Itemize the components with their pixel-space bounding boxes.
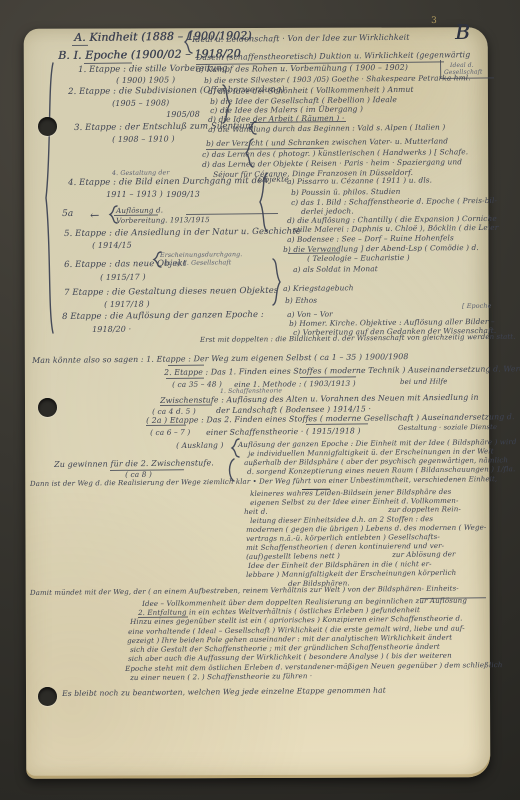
manuscript-line: derlei jedoch. xyxy=(301,207,354,215)
manuscript-line: 7 Etappe : die Gestaltung dieses neuen O… xyxy=(64,287,278,298)
manuscript-line: d) das Lernen der Objekte ( Reisen · Par… xyxy=(202,158,462,168)
manuscript-line: Zwischenstufe : Auflösung des Alten u. V… xyxy=(160,394,479,405)
manuscript-line: zur doppelten Rein- xyxy=(388,505,461,513)
manuscript-line: lebbare ) Mannigfaltigkeit der Erscheinu… xyxy=(246,569,456,578)
manuscript-line: stille Malerei : Daphnis u. Chloë ), Böc… xyxy=(293,224,498,234)
manuscript-line: zur Ablösung der xyxy=(392,550,456,558)
manuscript-line: a) Pissarro u. Cézanne ( 1911 ) u. dls. xyxy=(287,176,432,185)
manuscript-line: 1918/20 · xyxy=(92,326,131,334)
manuscript-line: ( 1900) 1905 ) xyxy=(116,76,175,85)
underline-stroke xyxy=(72,45,88,46)
manuscript-content: 3 B A. Kindheit (1888 – 1900/1902)Ideal … xyxy=(0,0,520,800)
photograph-background: { "page": { "marker": "B", "page_number"… xyxy=(0,0,520,800)
manuscript-line: ( 1915/17 ) xyxy=(100,274,146,282)
underline-stroke xyxy=(186,213,278,215)
manuscript-line: b) die erste Silvester ( 1903 /05) Goeth… xyxy=(204,74,471,84)
manuscript-line: Zu gewinnen für die 2. Zwischenstufe. xyxy=(54,459,214,469)
manuscript-line: zu einer neuen ( 2. ) Schaffenstheorie z… xyxy=(130,672,312,681)
manuscript-line: a) die Idee der Schönheit ( Vollkommenhe… xyxy=(208,86,414,96)
manuscript-line: ( 1917/18 ) xyxy=(104,301,150,309)
manuscript-line: [ Epoche xyxy=(462,303,491,310)
brace-decoration xyxy=(44,62,54,334)
underline-stroke xyxy=(168,365,204,366)
manuscript-line: 1905/08 xyxy=(166,111,200,119)
margin-bracket-line xyxy=(440,60,441,78)
manuscript-line: Epoche steht mit dem östlichen Erleben d… xyxy=(125,661,503,672)
manuscript-line: a) als Soldat in Monat xyxy=(293,265,378,273)
manuscript-line: 8 Etappe : die Auflösung der ganzen Epoc… xyxy=(62,311,264,322)
manuscript-line: 5a xyxy=(62,210,73,219)
manuscript-line: Gestaltung · soziale Dienste xyxy=(398,424,497,432)
manuscript-line: b) der Verzicht ( und Schranken zwischen… xyxy=(206,137,448,147)
manuscript-line: 4. Etappe : die Bild einen Durchgang mit… xyxy=(68,177,268,188)
manuscript-line: ( 1908 – 1910 ) xyxy=(112,135,175,144)
underline-stroke xyxy=(306,423,368,425)
manuscript-line: b) Poussin ü. philos. Studien xyxy=(291,188,401,197)
brace-decoration xyxy=(272,258,282,306)
underline-stroke xyxy=(300,376,356,378)
page-marker-b: B xyxy=(455,22,470,42)
manuscript-line: a) Von – Vor xyxy=(287,311,333,319)
manuscript-line: Erst mit doppelten : die Bildlichkeit d.… xyxy=(200,334,516,344)
manuscript-line: a) Bodensee : See – Dorf – Ruine Hohenfe… xyxy=(287,234,454,243)
manuscript-line: Es bleibt noch zu beantworten, welchen W… xyxy=(62,687,386,698)
manuscript-line: Erscheinungsdurchgang. xyxy=(160,252,242,259)
manuscript-line: Auflösung d. xyxy=(116,207,163,215)
manuscript-line: Dasein (schaffenstheoretisch) Duktion u.… xyxy=(196,51,470,62)
manuscript-line: ← xyxy=(90,210,99,221)
manuscript-line: Objekte xyxy=(258,176,289,184)
manuscript-line: 1909/13 xyxy=(166,191,200,199)
manuscript-line: a) Kriegstagebuch xyxy=(283,284,354,292)
manuscript-line: ( ca 8 ) xyxy=(125,471,152,479)
manuscript-line: a) Kampf des Rohen u. Vorbemühung ( 1900… xyxy=(196,64,408,74)
manuscript-line: 5. Etappe : die Ansiedlung in der Natur … xyxy=(64,228,301,239)
manuscript-line: heit d. xyxy=(244,508,268,515)
manuscript-line: Man könnte also so sagen : 1. Etappe : D… xyxy=(32,353,409,365)
manuscript-line: c) das 1. Bild : Schaffenstheorie d. Epo… xyxy=(291,197,497,207)
manuscript-line: (1905 – 1908) xyxy=(112,99,169,108)
underline-stroke xyxy=(146,425,186,426)
manuscript-line: ( Teleologie – Eucharistie ) xyxy=(307,254,410,262)
manuscript-line: ( ca 4 d. 5 ) xyxy=(152,408,196,416)
punch-hole xyxy=(38,117,57,136)
manuscript-line: a) die Wandlung durch das Beginnen : Val… xyxy=(208,124,445,134)
manuscript-line: Ideal u. Leidenschaft · Von der Idee zur… xyxy=(192,34,410,44)
manuscript-line: modernen ( gegen die übrigen ) Lebens d.… xyxy=(246,523,486,533)
manuscript-line: 1911 – 1913 ) xyxy=(106,190,163,199)
manuscript-line: einer Schaffenstheorie · ( 1915/1918 ) xyxy=(206,427,361,436)
manuscript-line: ( ca 35 – 48 ) xyxy=(172,380,222,388)
manuscript-line: b) Ethos xyxy=(285,297,317,305)
punch-hole xyxy=(38,398,57,417)
underline-stroke xyxy=(302,489,330,491)
manuscript-line: ( Ausklang ) xyxy=(176,442,224,450)
manuscript-line: 2. Etappe : Das 1. Finden eines Stoffes … xyxy=(164,365,520,377)
manuscript-line: d. sorgend Konzeptierung eines neuen Rau… xyxy=(247,465,515,475)
manuscript-line: bei und Hilfe xyxy=(400,379,448,386)
manuscript-line: ( 1914/15 xyxy=(92,242,132,250)
manuscript-line: ( ca 6 – 7 ) xyxy=(150,429,190,437)
manuscript-line: Vorbereitung. 1913/1915 xyxy=(116,216,210,224)
manuscript-line: Damit mündet mit der Weg, der ( an einem… xyxy=(30,586,459,597)
punch-hole xyxy=(38,687,57,706)
page-number: 3 xyxy=(431,17,437,26)
manuscript-line: (auf)gestellt lebens nett ) xyxy=(246,552,340,560)
manuscript-line: hung d. Gesellschaft xyxy=(164,260,231,267)
